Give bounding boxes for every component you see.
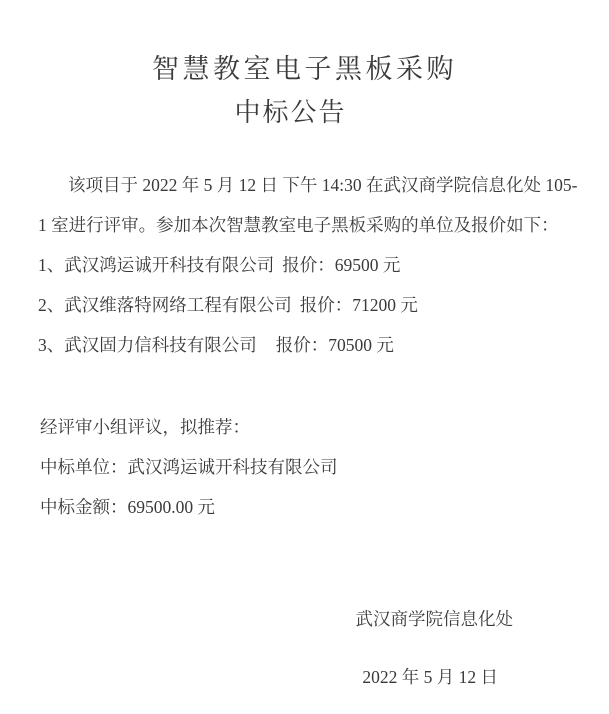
bidder-number: 2、 bbox=[38, 295, 64, 315]
amount-value: 69500.00 元 bbox=[128, 497, 216, 517]
bidder-name: 武汉固力信科技有限公司 bbox=[64, 335, 257, 355]
document-title-line1: 智慧教室电子黑板采购 bbox=[0, 52, 609, 87]
bidder-row-3: 3、武汉固力信科技有限公司报价：70500 元 bbox=[38, 325, 580, 365]
price-label: 报价： bbox=[276, 335, 329, 355]
intro-paragraph: 该项目于 2022 年 5 月 12 日 下午 14:30 在武汉商学院信息化处… bbox=[38, 165, 580, 245]
amount-label: 中标金额： bbox=[40, 497, 128, 517]
winner-label: 中标单位： bbox=[40, 457, 128, 477]
winner-line: 中标单位：武汉鸿运诚开科技有限公司 bbox=[40, 447, 580, 487]
signature-organization: 武汉商学院信息化处 bbox=[0, 599, 609, 639]
announcement-document: 智慧教室电子黑板采购 中标公告 该项目于 2022 年 5 月 12 日 下午 … bbox=[0, 0, 609, 714]
amount-line: 中标金额：69500.00 元 bbox=[40, 487, 580, 527]
bidder-name: 武汉维落特网络工程有限公司 bbox=[64, 295, 292, 315]
recommendation-line: 经评审小组评议，拟推荐： bbox=[40, 407, 580, 447]
bidder-price: 70500 元 bbox=[328, 335, 394, 355]
document-title-line2: 中标公告 bbox=[0, 95, 595, 130]
bidder-list: 1、武汉鸿运诚开科技有限公司报价：69500 元 2、武汉维落特网络工程有限公司… bbox=[38, 245, 580, 365]
bidder-row-2: 2、武汉维落特网络工程有限公司报价：71200 元 bbox=[38, 285, 580, 325]
price-label: 报价： bbox=[282, 255, 335, 275]
bidder-price: 71200 元 bbox=[352, 295, 418, 315]
winner-value: 武汉鸿运诚开科技有限公司 bbox=[128, 457, 338, 477]
bidder-number: 1、 bbox=[38, 255, 64, 275]
bidder-name: 武汉鸿运诚开科技有限公司 bbox=[64, 255, 274, 275]
price-label: 报价： bbox=[300, 295, 353, 315]
signature-date: 2022 年 5 月 12 日 bbox=[0, 657, 609, 697]
bidder-row-1: 1、武汉鸿运诚开科技有限公司报价：69500 元 bbox=[38, 245, 580, 285]
bidder-number: 3、 bbox=[38, 335, 64, 355]
bidder-price: 69500 元 bbox=[335, 255, 401, 275]
